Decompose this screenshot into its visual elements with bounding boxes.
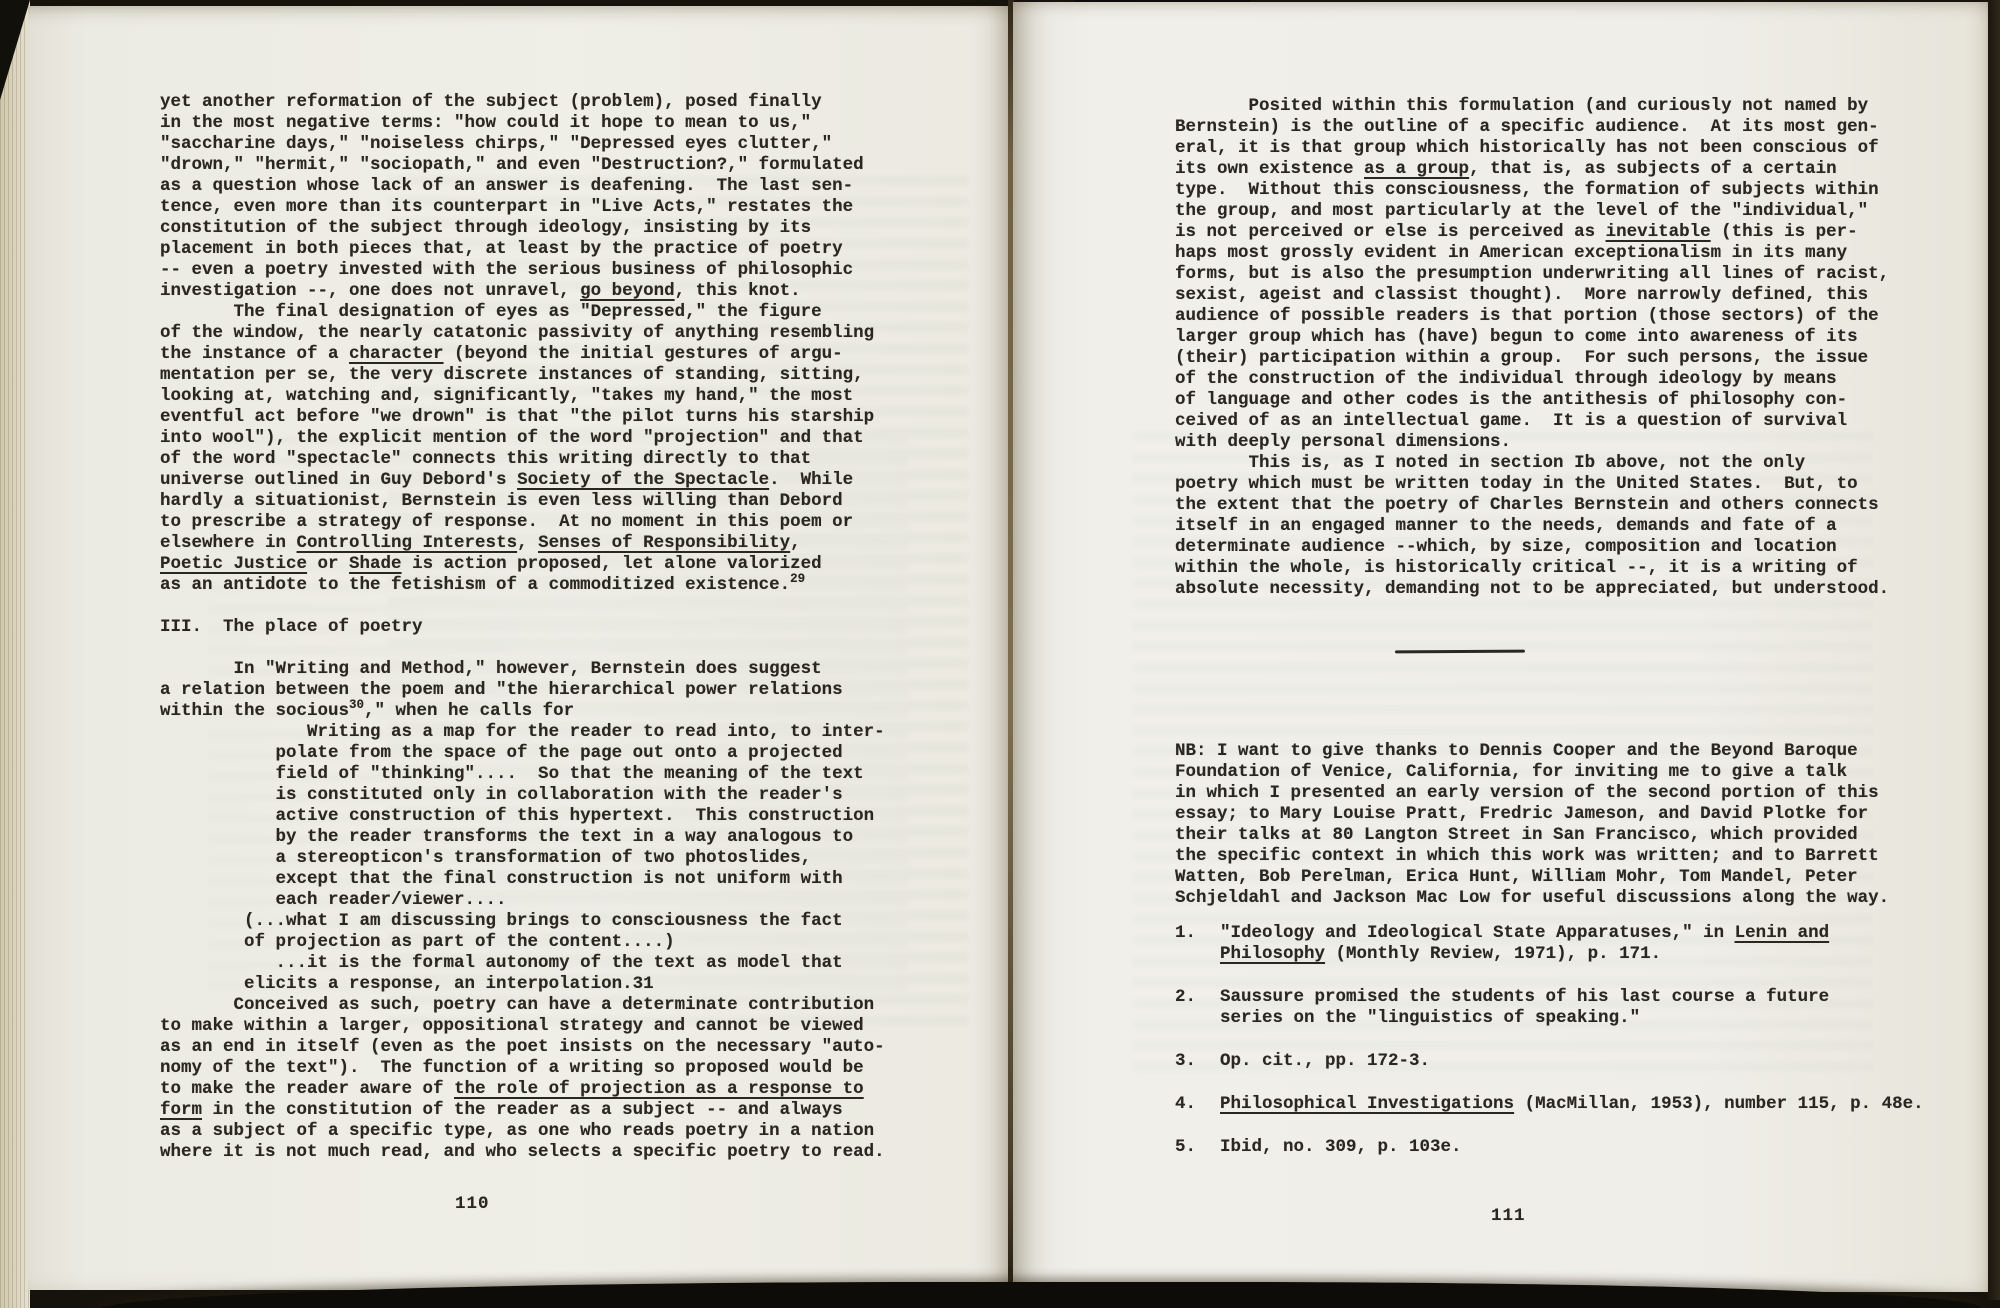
- footnote-text: Saussure promised the students of his la…: [1220, 987, 1829, 1029]
- footnote-item: 5.Ibid, no. 309, p. 103e.: [1175, 1137, 1955, 1158]
- footnote-text: Philosophical Investigations (MacMillan,…: [1220, 1094, 1924, 1115]
- acknowledgements-note: NB: I want to give thanks to Dennis Coop…: [1175, 741, 1889, 909]
- footnote-number: 1.: [1175, 923, 1220, 965]
- footnote-text: "Ideology and Ideological State Apparatu…: [1220, 923, 1829, 965]
- left-page: yet another reformation of the subject (…: [28, 6, 1012, 1290]
- footnote-number: 5.: [1175, 1137, 1220, 1158]
- footnote-item: 4.Philosophical Investigations (MacMilla…: [1175, 1094, 1955, 1115]
- footnote-text: Op. cit., pp. 172-3.: [1220, 1051, 1430, 1072]
- left-page-number: 110: [455, 1194, 490, 1215]
- footnote-text: Ibid, no. 309, p. 103e.: [1220, 1137, 1462, 1158]
- section-divider-rule: [1395, 650, 1525, 654]
- footnote-item: 1."Ideology and Ideological State Appara…: [1175, 923, 1955, 965]
- footnote-number: 4.: [1175, 1094, 1220, 1115]
- right-page: Posited within this formulation (and cur…: [1013, 2, 1988, 1292]
- left-page-body-text: yet another reformation of the subject (…: [160, 92, 885, 1163]
- footnote-item: 2.Saussure promised the students of his …: [1175, 987, 1955, 1029]
- page-stack-edge: [0, 0, 30, 1308]
- page-right-edge-shadow: [1986, 0, 2000, 1300]
- right-page-body-text: Posited within this formulation (and cur…: [1175, 96, 1889, 600]
- book-spread: yet another reformation of the subject (…: [0, 0, 2000, 1308]
- footnote-item: 3.Op. cit., pp. 172-3.: [1175, 1051, 1955, 1072]
- right-page-number: 111: [1491, 1206, 1526, 1227]
- footnotes-list: 1."Ideology and Ideological State Appara…: [1175, 923, 1955, 1180]
- footnote-number: 3.: [1175, 1051, 1220, 1072]
- footnote-number: 2.: [1175, 987, 1220, 1029]
